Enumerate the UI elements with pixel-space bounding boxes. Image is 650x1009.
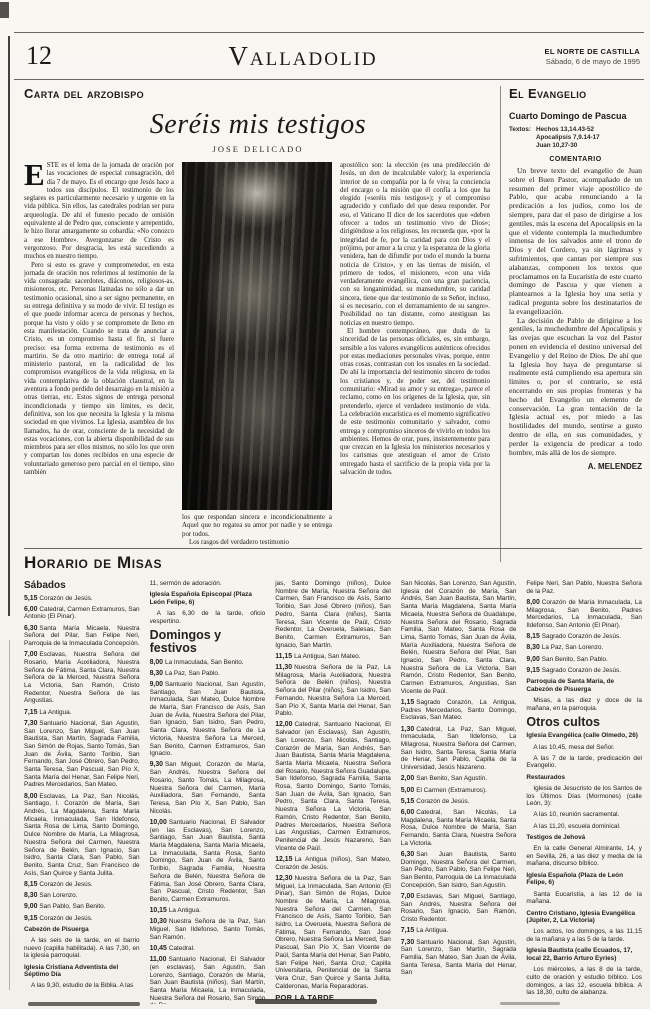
mass-entry: Iglesia de Jesucristo de los Santos de l… bbox=[526, 785, 642, 808]
mass-entry: 7,30Santuario Nacional, San Agustín, San… bbox=[401, 939, 517, 978]
mass-churches: Nuestra Señora de la Paz, La Milagrosa, … bbox=[275, 664, 391, 717]
mass-churches: Los actos, los domingos, a las 11,15 de … bbox=[526, 928, 642, 943]
reading-item: Hechos 13,14.43-52 bbox=[536, 126, 600, 134]
page-number: 12 bbox=[14, 41, 116, 71]
mass-schedule-title: Horario de Misas bbox=[24, 553, 642, 573]
mass-entry: 8,30San Lorenzo. bbox=[24, 892, 140, 900]
mass-time: 8,00 bbox=[526, 599, 539, 606]
mass-churches: 11, sermón de adoración. bbox=[150, 580, 222, 587]
mass-churches: Sagrado Corazón de Jesús. bbox=[542, 633, 621, 640]
mass-column-4: San Nicolás, San Lorenzo, San Agustín, I… bbox=[401, 580, 517, 1004]
mass-churches: Santuario Nacional, San Agustín, San Lor… bbox=[24, 720, 140, 789]
mass-entry: Parroquia de Santa María, de Cabezón de … bbox=[526, 678, 642, 693]
mass-entry: Misas, a las diez y doce de la mañana, e… bbox=[526, 697, 642, 712]
mass-entry: 12,30Nuestra Señora de la Paz, San Migue… bbox=[275, 875, 391, 991]
mass-entry: Iglesia Bautista (calle Ecuados, 17, loc… bbox=[526, 947, 642, 962]
mass-time: 5,15 bbox=[24, 595, 37, 602]
mass-churches: San Pablo, San Benito. bbox=[39, 903, 105, 910]
mass-entry: Restaurados bbox=[526, 774, 642, 782]
mass-churches: Testigos de Jehová bbox=[526, 834, 585, 841]
article-column-3: apostólico son: la elección (es una pred… bbox=[340, 162, 490, 562]
mass-time: 5,15 bbox=[401, 798, 414, 805]
mass-time: 7,15 bbox=[401, 927, 414, 934]
mass-entry: Los actos, los domingos, a las 11,15 de … bbox=[526, 928, 642, 943]
mass-entry: 6,30San Juan Bautista, Santo Domingo, Nu… bbox=[401, 851, 517, 890]
mass-churches: Otros cultos bbox=[526, 715, 600, 729]
mass-churches: Domingos y festivos bbox=[150, 628, 222, 655]
mass-entry: A las 9,30, estudio de la Biblia. A las bbox=[24, 982, 140, 990]
mass-time: 9,00 bbox=[526, 656, 539, 663]
mass-entry: 11,15La Antigua, San Mateo. bbox=[275, 653, 391, 661]
mass-time: 9,15 bbox=[24, 915, 37, 922]
mass-time: 2,00 bbox=[401, 775, 414, 782]
mass-churches: Los miércoles, a las 8 de la tarde, cult… bbox=[526, 966, 642, 996]
paragraph-text: STE es el lema de la jornada de oración … bbox=[24, 162, 174, 260]
mass-churches: Corazón de María Inmaculada, La Milagros… bbox=[526, 599, 642, 629]
article-paragraph: Pero si esto es grave y comprometedor, e… bbox=[24, 262, 174, 478]
mass-churches: La Paz, San Lorenzo. bbox=[542, 644, 603, 651]
newspaper-page: 12 Valladolid EL NORTE DE CASTILLA Sábad… bbox=[0, 0, 650, 1009]
mass-column-2: 11, sermón de adoración.Iglesia Española… bbox=[150, 580, 266, 1004]
mass-entry: 6,00Catedral, San Nicolás, La Magdalena,… bbox=[401, 809, 517, 848]
mass-time: 10,45 bbox=[150, 945, 167, 952]
mass-time: 10,30 bbox=[150, 918, 167, 925]
mass-entry: 5,15Corazón de Jesús. bbox=[24, 595, 140, 603]
mass-churches: San Miguel, Corazón de María, San Andrés… bbox=[150, 761, 266, 814]
mass-entry: Otros cultos bbox=[526, 716, 642, 729]
mass-entry: 6,30Santa María Micaela, Nuestra Señora … bbox=[24, 625, 140, 648]
mass-churches: Corazón de Jesús. bbox=[39, 595, 92, 602]
mass-time: 12,15 bbox=[275, 856, 292, 863]
mass-entry: 9,30San Miguel, Corazón de María, San An… bbox=[150, 761, 266, 815]
mass-time: 10,00 bbox=[150, 819, 167, 826]
commentary-signature: A. MELENDEZ bbox=[509, 462, 642, 471]
drop-cap: E bbox=[24, 162, 45, 187]
mass-time: 11,00 bbox=[150, 956, 167, 963]
mass-entry: 5,15Corazón de Jesús. bbox=[401, 798, 517, 806]
mass-entry: A las 6,30 de la tarde, oficio vespertin… bbox=[150, 610, 266, 625]
mass-churches: El Carmen (Extramuros). bbox=[416, 787, 487, 794]
mass-entry: 9,00Santuario Nacional, San Agustín, San… bbox=[150, 681, 266, 758]
gospel-kicker: El Evangelio bbox=[509, 86, 642, 101]
mass-entry: 8,30La Paz, San Pablo. bbox=[150, 670, 266, 678]
mass-time: 7,00 bbox=[24, 651, 37, 658]
mass-time: 1,15 bbox=[401, 699, 414, 706]
mass-churches: Catedral, La Paz, San Miguel, Inmaculada… bbox=[401, 726, 517, 772]
mass-churches: Iglesia de Jesucristo de los Santos de l… bbox=[526, 785, 642, 807]
mass-churches: Santa María Micaela, Nuestra Señora del … bbox=[24, 625, 140, 647]
mass-churches: Iglesia Española (Plaza de León Felipe, … bbox=[526, 872, 623, 887]
mass-time: 7,30 bbox=[24, 720, 37, 727]
statue-photo bbox=[182, 162, 332, 510]
mass-entry: 9,15Corazón de Jesús. bbox=[24, 915, 140, 923]
scan-bottom-artifact bbox=[500, 1002, 560, 1005]
mass-churches: Catedral, San Nicolás, La Magdalena, San… bbox=[401, 809, 517, 847]
mass-entry: 5,00El Carmen (Extramuros). bbox=[401, 787, 517, 795]
mass-churches: Centro Cristiano, Iglesia Evangélica (Jú… bbox=[526, 910, 635, 925]
mass-churches: La Paz, San Pablo. bbox=[165, 670, 220, 677]
reading-item: Apocalipsis 7,9.14-17 bbox=[536, 134, 600, 142]
mass-time: 12,00 bbox=[275, 721, 292, 728]
mass-churches: Santuario Nacional, San Agustín, San Lor… bbox=[401, 939, 517, 977]
mass-entry: 8,00La Inmaculada, San Benito. bbox=[150, 659, 266, 667]
mass-churches: San Juan Bautista, Santo Domingo, Nuestr… bbox=[401, 851, 517, 889]
scan-edge-line-lower bbox=[9, 640, 10, 990]
mass-churches: A las 6,30 de la tarde, oficio vespertin… bbox=[150, 610, 266, 625]
mass-churches: Catedral, Carmen Extramuros, San Antonio… bbox=[24, 606, 140, 621]
mass-entry: 7,15La Antigua. bbox=[401, 927, 517, 935]
mass-time: 9,00 bbox=[24, 903, 37, 910]
mass-time: 8,00 bbox=[150, 659, 163, 666]
mass-time: 1,30 bbox=[401, 726, 414, 733]
mass-time: 8,30 bbox=[24, 892, 37, 899]
mass-churches: San Benito, San Pablo. bbox=[542, 656, 608, 663]
mass-time: 6,30 bbox=[24, 625, 37, 632]
mass-entry: 10,30Nuestra Señora de la Paz, San Migue… bbox=[150, 918, 266, 941]
mass-entry: 10,45Catedral. bbox=[150, 945, 266, 953]
gospel-paragraph: La decisión de Pablo de dirigirse a los … bbox=[509, 317, 642, 458]
mass-entry: 9,15Sagrado Corazón de Jesús. bbox=[526, 667, 642, 675]
mass-time: 7,15 bbox=[24, 709, 37, 716]
mass-entry: 11, sermón de adoración. bbox=[150, 580, 266, 588]
mass-churches: San Lorenzo. bbox=[39, 892, 77, 899]
mass-churches: Misas, a las diez y doce de la mañana, e… bbox=[526, 697, 642, 712]
mass-entry: 10,15La Antigua. bbox=[150, 907, 266, 915]
article-column-1: ESTE es el lema de la jornada de oración… bbox=[24, 162, 174, 562]
mass-entry: 8,00Esclavas, La Paz, San Nicolás, Santi… bbox=[24, 793, 140, 878]
mass-churches: A las 9,30, estudio de la Biblia. A las bbox=[31, 982, 133, 989]
article-column-2: los que respondan sincera e incondiciona… bbox=[182, 162, 332, 562]
mass-entry: 8,30La Paz, San Lorenzo. bbox=[526, 644, 642, 652]
mass-entry: Sábados bbox=[24, 580, 140, 591]
mass-churches: Sábados bbox=[24, 580, 66, 591]
mass-churches: Restaurados bbox=[526, 774, 565, 781]
mass-entry: Los miércoles, a las 8 de la tarde, cult… bbox=[526, 966, 642, 997]
mass-churches: Santuario Nacional, El Salvador (en las … bbox=[150, 819, 266, 903]
mass-entry: Felipe Neri, San Pablo, Nuestra Señora d… bbox=[526, 580, 642, 595]
mass-churches: La Antigua. bbox=[416, 927, 448, 934]
mass-entry: 9,00San Benito, San Pablo. bbox=[526, 656, 642, 664]
mass-time: 8,30 bbox=[150, 670, 163, 677]
article-paragraph: apostólico son: la elección (es una pred… bbox=[340, 162, 490, 328]
article-paragraph: ESTE es el lema de la jornada de oración… bbox=[24, 162, 174, 262]
mass-time: 9,00 bbox=[150, 681, 163, 688]
mass-entry: 6,00Catedral, Carmen Extramuros, San Ant… bbox=[24, 606, 140, 621]
mass-churches: Esclavas, La Paz, San Nicolás, Santiago,… bbox=[24, 793, 140, 877]
mass-time: 8,15 bbox=[24, 881, 37, 888]
mass-entry: Iglesia Evangélica (calle Olmedo, 26) bbox=[526, 732, 642, 740]
mass-churches: A las 10,45, mesa del Señor. bbox=[533, 744, 614, 751]
article-paragraph: Los rasgos del verdadero testimonio bbox=[182, 539, 332, 547]
mass-column-1: Sábados5,15Corazón de Jesús.6,00Catedral… bbox=[24, 580, 140, 1004]
mass-time: 6,00 bbox=[24, 606, 37, 613]
mass-entry: 9,00San Pablo, San Benito. bbox=[24, 903, 140, 911]
mass-churches: Corazón de Jesús. bbox=[39, 915, 92, 922]
mass-column-3: jas, Santo Domingo (niños), Dulce Nombre… bbox=[275, 580, 391, 1004]
mass-time: 12,30 bbox=[275, 875, 292, 882]
mass-churches: Esclavas, Nuestra Señora del Rosario, Ma… bbox=[24, 651, 140, 704]
mass-entry: 7,00Esclavas, San Miguel, Santiago, San … bbox=[401, 893, 517, 924]
mass-churches: En la calle General Almirante, 14, y en … bbox=[526, 845, 642, 867]
mass-churches: Nuestra Señora de la Paz, San Miguel, La… bbox=[275, 875, 391, 990]
mass-time: 8,00 bbox=[24, 793, 37, 800]
mass-entry: Santa Eucaristía, a las 12 de la mañana. bbox=[526, 891, 642, 906]
article-headline: Seréis mis testigos bbox=[24, 109, 492, 141]
mass-entry: 1,15Sagrado Corazón, La Antigua, Padres … bbox=[401, 699, 517, 722]
mass-entry: Testigos de Jehová bbox=[526, 834, 642, 842]
mass-churches: Esclavas, San Miguel, Santiago, San Andr… bbox=[401, 893, 517, 923]
scan-bottom-artifact bbox=[255, 999, 377, 1004]
mass-churches: Iglesia Evangélica (calle Olmedo, 26) bbox=[526, 732, 638, 739]
mass-entry: 12,15La Antigua (niños), San Mateo, Cora… bbox=[275, 856, 391, 871]
mass-entry: Iglesia Española (Plaza de León Felipe, … bbox=[526, 872, 642, 887]
mass-churches: A las 11,20, escuela dominical. bbox=[533, 823, 620, 830]
mass-entry: A las 7 de la tarde, predicación del Eva… bbox=[526, 755, 642, 770]
mass-churches: Iglesia Española Episcopal (Plaza León F… bbox=[150, 591, 252, 606]
mass-time: 8,15 bbox=[526, 633, 539, 640]
mass-entry: 8,00Corazón de María Inmaculada, La Mila… bbox=[526, 599, 642, 630]
article-columns: ESTE es el lema de la jornada de oración… bbox=[24, 162, 492, 562]
mass-time: 11,30 bbox=[275, 664, 292, 671]
mass-entry: San Nicolás, San Lorenzo, San Agustín, I… bbox=[401, 580, 517, 696]
mass-churches: Parroquia de Santa María, de Cabezón de … bbox=[526, 678, 614, 693]
article-paragraph: El hombre contemporáneo, que duda de la … bbox=[340, 328, 490, 477]
mass-entry: A las seis de la tarde, en el barrio nue… bbox=[24, 937, 140, 960]
masthead-block: EL NORTE DE CASTILLA Sábado, 6 de mayo d… bbox=[490, 47, 644, 66]
mass-churches: A las 7 de la tarde, predicación del Eva… bbox=[526, 755, 642, 770]
mass-entry: 12,00Catedral, Santuario Nacional, El Sa… bbox=[275, 721, 391, 852]
scan-edge-line bbox=[8, 36, 10, 616]
mass-entry: En la calle General Almirante, 14, y en … bbox=[526, 845, 642, 868]
gospel-commentary: Un breve texto del evangelio de Juan sob… bbox=[509, 167, 642, 457]
mass-entry: 7,00Esclavas, Nuestra Señora del Rosario… bbox=[24, 651, 140, 705]
gospel-column: El Evangelio Cuarto Domingo de Pascua Te… bbox=[500, 86, 642, 562]
mass-entry: 10,00Santuario Nacional, El Salvador (en… bbox=[150, 819, 266, 904]
mass-time: 7,00 bbox=[401, 893, 414, 900]
gospel-subtitle: Cuarto Domingo de Pascua bbox=[509, 111, 642, 121]
mass-entry: Cabezón de Pisuerga bbox=[24, 926, 140, 934]
mass-entry: A las 10,45, mesa del Señor. bbox=[526, 744, 642, 752]
section-title: Valladolid bbox=[116, 41, 490, 72]
mass-churches: Iglesia Bautista (calle Ecuados, 17, loc… bbox=[526, 947, 632, 962]
mass-entry: 8,15Sagrado Corazón de Jesús. bbox=[526, 633, 642, 641]
mass-time: 5,00 bbox=[401, 787, 414, 794]
mass-time: 11,15 bbox=[275, 653, 292, 660]
mass-churches: A las seis de la tarde, en el barrio nue… bbox=[24, 937, 140, 959]
mass-entry: 11,30Nuestra Señora de la Paz, La Milagr… bbox=[275, 664, 391, 718]
mass-churches: Santa Eucaristía, a las 12 de la mañana. bbox=[526, 891, 642, 906]
mass-schedule-section: Horario de Misas Sábados5,15Corazón de J… bbox=[24, 548, 642, 1004]
page-header: 12 Valladolid EL NORTE DE CASTILLA Sábad… bbox=[14, 33, 644, 80]
main-content: Carta del arzobispo Seréis mis testigos … bbox=[24, 86, 642, 562]
mass-churches: La Inmaculada, San Benito. bbox=[165, 659, 244, 666]
mass-churches: Sagrado Corazón de Jesús. bbox=[542, 667, 621, 674]
mass-column-5: Felipe Neri, San Pablo, Nuestra Señora d… bbox=[526, 580, 642, 1004]
mass-time: 7,30 bbox=[401, 939, 414, 946]
readings-label: Textos: bbox=[509, 126, 531, 150]
article-kicker: Carta del arzobispo bbox=[24, 86, 492, 101]
mass-entry: jas, Santo Domingo (niños), Dulce Nombre… bbox=[275, 580, 391, 649]
mass-entry: 1,30Catedral, La Paz, San Miguel, Inmacu… bbox=[401, 726, 517, 772]
mass-churches: San Benito, San Agustín. bbox=[416, 775, 487, 782]
mass-time: 9,30 bbox=[150, 761, 163, 768]
mass-churches: La Antigua. bbox=[39, 709, 71, 716]
mass-time: 6,00 bbox=[401, 809, 414, 816]
gospel-paragraph: Un breve texto del evangelio de Juan sob… bbox=[509, 167, 642, 317]
mass-churches: Felipe Neri, San Pablo, Nuestra Señora d… bbox=[526, 580, 642, 595]
mass-churches: Santuario Nacional, San Agustín, Santiag… bbox=[150, 681, 266, 757]
mass-churches: Catedral. bbox=[169, 945, 195, 952]
mass-churches: Corazón de Jesús. bbox=[416, 798, 469, 805]
mass-time: 8,30 bbox=[526, 644, 539, 651]
mass-schedule-columns: Sábados5,15Corazón de Jesús.6,00Catedral… bbox=[24, 580, 642, 1004]
masthead-name: EL NORTE DE CASTILLA bbox=[490, 47, 640, 56]
mass-churches: Cabezón de Pisuerga bbox=[24, 926, 89, 933]
archbishop-letter-article: Carta del arzobispo Seréis mis testigos … bbox=[24, 86, 492, 562]
mass-churches: Sagrado Corazón, La Antigua, Padres Merc… bbox=[401, 699, 517, 721]
scan-bottom-artifact bbox=[28, 1002, 140, 1006]
mass-time: 6,30 bbox=[401, 851, 414, 858]
mass-churches: Iglesia Cristiana Adventista del Séptimo… bbox=[24, 964, 118, 979]
mass-churches: Corazón de Jesús. bbox=[39, 881, 92, 888]
commentary-label: COMENTARIO bbox=[509, 156, 642, 163]
mass-entry: Centro Cristiano, Iglesia Evangélica (Jú… bbox=[526, 910, 642, 925]
mass-churches: San Nicolás, San Lorenzo, San Agustín, I… bbox=[401, 580, 517, 695]
gospel-readings: Textos: Hechos 13,14.43-52 Apocalipsis 7… bbox=[509, 126, 642, 150]
mass-entry: A las 11,20, escuela dominical. bbox=[526, 823, 642, 831]
mass-churches: La Antigua. bbox=[169, 907, 201, 914]
mass-churches: La Antigua, San Mateo. bbox=[294, 653, 360, 660]
mass-time: 10,15 bbox=[150, 907, 167, 914]
mass-entry: 8,15Corazón de Jesús. bbox=[24, 881, 140, 889]
mass-entry: A las 10, reunión sacramental. bbox=[526, 811, 642, 819]
mass-churches: Santuario Nacional, El Salvador (en escl… bbox=[150, 956, 266, 1004]
mass-entry: Iglesia Española Episcopal (Plaza León F… bbox=[150, 591, 266, 606]
scan-corner-artifact bbox=[0, 2, 9, 18]
mass-entry: Iglesia Cristiana Adventista del Séptimo… bbox=[24, 964, 140, 979]
mass-entry: Domingos y festivos bbox=[150, 629, 266, 655]
mass-entry: 2,00San Benito, San Agustín. bbox=[401, 775, 517, 783]
mass-entry: 7,15La Antigua. bbox=[24, 709, 140, 717]
mass-churches: Catedral, Santuario Nacional, El Salvado… bbox=[275, 721, 391, 851]
mass-time: 9,15 bbox=[526, 667, 539, 674]
readings-list: Hechos 13,14.43-52 Apocalipsis 7,9.14-17… bbox=[536, 126, 600, 150]
edition-date: Sábado, 6 de mayo de 1995 bbox=[490, 57, 640, 66]
mass-entry: 7,30Santuario Nacional, San Agustín, San… bbox=[24, 720, 140, 789]
article-paragraph: los que respondan sincera e incondiciona… bbox=[182, 514, 332, 539]
reading-item: Juan 10,27-30 bbox=[536, 142, 600, 150]
article-byline: JOSE DELICADO bbox=[24, 144, 492, 154]
mass-churches: La Antigua (niños), San Mateo, Corazón d… bbox=[275, 856, 391, 871]
mass-churches: jas, Santo Domingo (niños), Dulce Nombre… bbox=[275, 580, 391, 649]
mass-churches: A las 10, reunión sacramental. bbox=[533, 811, 619, 818]
mass-entry: 11,00Santuario Nacional, El Salvador (en… bbox=[150, 956, 266, 1004]
